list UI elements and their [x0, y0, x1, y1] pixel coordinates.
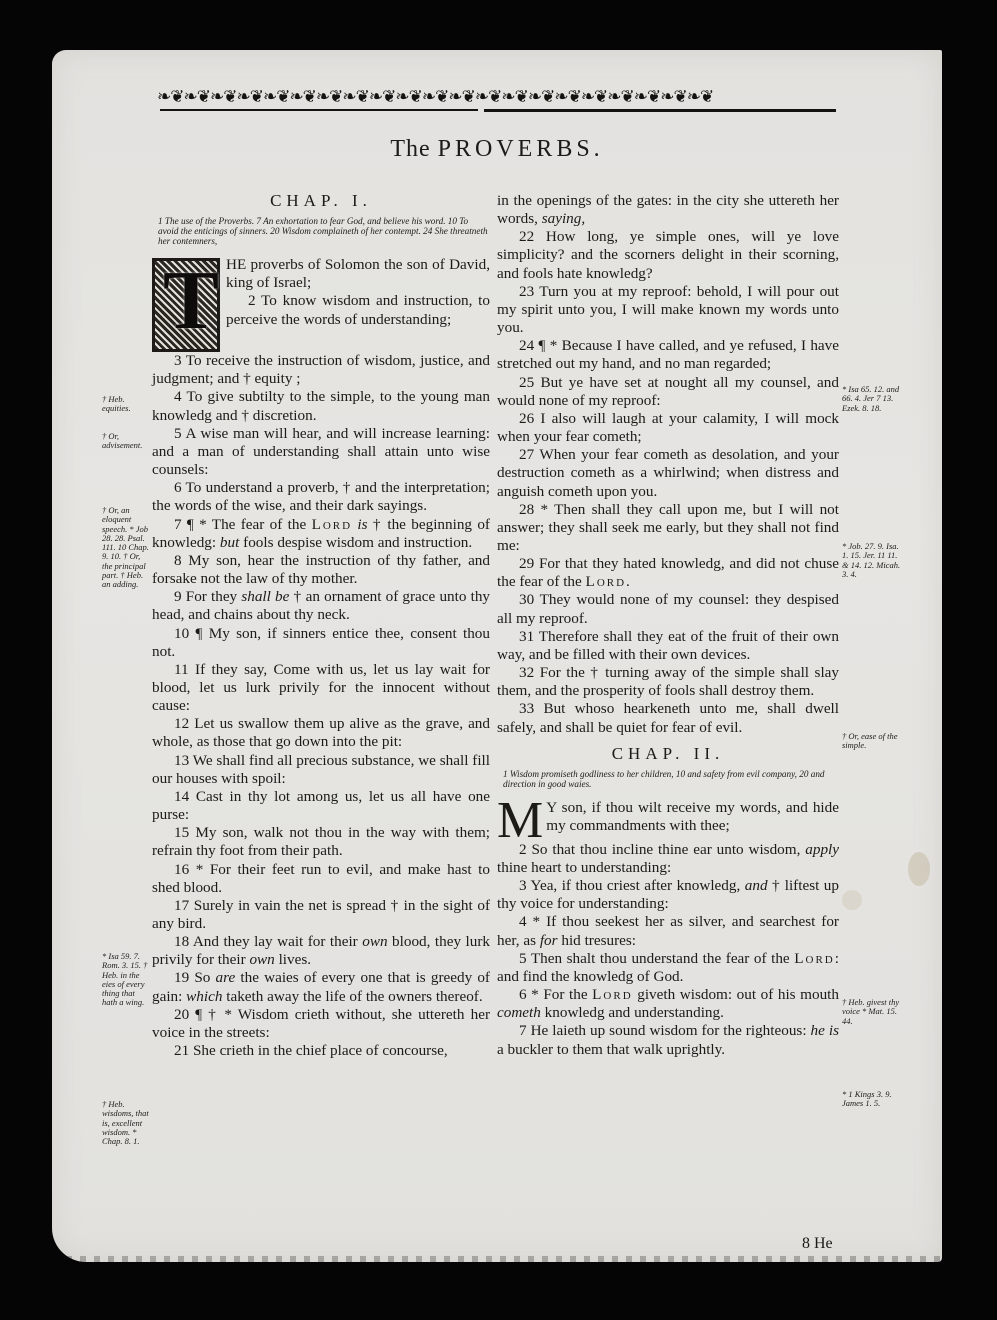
chapter-2-heading: CHAP. II.: [497, 745, 839, 763]
verse-italic: apply: [805, 841, 839, 858]
verse-text: 7 He laieth up sound wisdom for the righ…: [519, 1022, 811, 1039]
verse: 23 Turn you at my reproof: behold, I wil…: [497, 283, 839, 337]
verse: 26 I also will laugh at your calamity, I…: [497, 410, 839, 446]
verse: 5 Then shalt thou understand the fear of…: [497, 950, 839, 986]
verse-text: giveth wisdom: out of his mouth: [633, 986, 839, 1003]
verse: 12 Let us swallow them up alive as the g…: [152, 715, 490, 751]
verse-text: taketh away the life of the owners there…: [222, 988, 482, 1005]
verse-text: 6 * For the: [519, 986, 592, 1003]
verse: 19 So are the waies of every one that is…: [152, 969, 490, 1005]
verse: 8 My son, hear the instruction of thy fa…: [152, 552, 490, 588]
verse-text: lives.: [275, 951, 311, 968]
verse-text: fools despise wisdom and instruction.: [239, 534, 472, 551]
verse-text: 5 Then shalt thou understand the fear of…: [519, 950, 794, 967]
margin-note-left: † Or, advisement.: [102, 432, 150, 451]
verse: 24 ¶ * Because I have called, and ye ref…: [497, 337, 839, 373]
paper-stain: [842, 890, 862, 910]
verse: Y son, if thou wilt receive my words, an…: [497, 799, 839, 835]
verse-italic: cometh: [497, 1004, 541, 1021]
margin-note-right: † Or, ease of the simple.: [842, 732, 902, 751]
paper-stain: [908, 852, 930, 886]
verse-italic: are: [216, 969, 236, 986]
verse-italic: is: [352, 516, 367, 533]
margin-note-left: † Or, an eloquent speech. * Job 28. 28. …: [102, 506, 150, 590]
verse: 32 For the † turning away of the simple …: [497, 664, 839, 700]
verse: 4 * If thou seekest her as silver, and s…: [497, 913, 839, 949]
verse-lord: Lord: [794, 950, 835, 967]
margin-note-left: † Heb. wisdoms, that is, excellent wisdo…: [102, 1100, 150, 1146]
margin-note-right: † Heb. givest thy voice * Mat. 15. 44.: [842, 998, 902, 1026]
verse-text: 18 And they lay wait for their: [174, 933, 362, 950]
verse-text: a buckler to them that walk uprightly.: [497, 1041, 725, 1058]
margin-note-right: * 1 Kings 3. 9. James 1. 5.: [842, 1090, 902, 1109]
margin-note-left: * Isa 59. 7. Rom. 3. 15. † Heb. in the e…: [102, 952, 150, 1008]
verse: 33 But whoso hearkeneth unto me, shall d…: [497, 700, 839, 736]
verse: 30 They would none of my counsel: they d…: [497, 591, 839, 627]
chapter-1-heading: CHAP. I.: [152, 192, 490, 210]
verse: 31 Therefore shall they eat of the fruit…: [497, 628, 839, 664]
drop-cap-ornamented: T: [152, 258, 220, 352]
verse-text: 7 ¶ * The fear of the: [174, 516, 312, 533]
verse-italic: saying,: [542, 210, 585, 227]
verse: 6 * For the Lord giveth wisdom: out of h…: [497, 986, 839, 1022]
verse: 13 We shall find all precious substance,…: [152, 752, 490, 788]
verse-text: 29 For that they hated knowledg, and did…: [497, 555, 839, 590]
verse-italic: which: [186, 988, 222, 1005]
margin-note-right: * Isa 65. 12. and 66. 4. Jer 7 13. Ezek.…: [842, 385, 902, 413]
verse: 10 ¶ My son, if sinners entice thee, con…: [152, 625, 490, 661]
chapter-2-summary: 1 Wisdom promiseth godliness to her chil…: [503, 769, 839, 789]
verse-lord: Lord.: [586, 573, 632, 590]
verse: 6 To understand a proverb, † and the int…: [152, 479, 490, 515]
page-title: The PROVERBS.: [52, 136, 942, 163]
verse-text: knowledg and understanding.: [541, 1004, 724, 1021]
verse: 7 ¶ * The fear of the Lord is † the begi…: [152, 516, 490, 552]
verse: 4 To give subtilty to the simple, to the…: [152, 388, 490, 424]
verse-lord: Lord: [592, 986, 633, 1003]
verse: 20 ¶ † * Wisdom crieth without, she utte…: [152, 1006, 490, 1042]
verse: 27 When your fear cometh as desolation, …: [497, 446, 839, 500]
title-book: PROVERBS.: [438, 136, 604, 162]
verse-lord: Lord: [312, 516, 353, 533]
drop-cap-letter: T: [163, 257, 219, 345]
drop-cap-letter: M: [497, 801, 543, 841]
verse: 28 * Then shall they call upon me, but I…: [497, 501, 839, 555]
verse: 17 Surely in vain the net is spread † in…: [152, 897, 490, 933]
verse: 22 How long, ye simple ones, will ye lov…: [497, 228, 839, 282]
verse: 21 She crieth in the chief place of conc…: [152, 1042, 490, 1060]
verse: 18 And they lay wait for their own blood…: [152, 933, 490, 969]
verse-italic: shall be: [241, 588, 289, 605]
verse-italic: and: [745, 877, 768, 894]
margin-note-right: * Job. 27. 9. Isa. 1. 15. Jer. 11 11. & …: [842, 542, 902, 579]
verse: 9 For they shall be † an ornament of gra…: [152, 588, 490, 624]
verse-text: hid tresures:: [558, 932, 636, 949]
verse-italic: he is: [811, 1022, 839, 1039]
verse-text: 2 So that thou incline thine ear unto wi…: [519, 841, 805, 858]
verse: 5 A wise man will hear, and will increas…: [152, 425, 490, 479]
header-rule-right: [484, 109, 836, 112]
verse: 14 Cast in thy lot among us, let us all …: [152, 788, 490, 824]
verse: 29 For that they hated knowledg, and did…: [497, 555, 839, 591]
verse: 3 Yea, if thou criest after knowledg, an…: [497, 877, 839, 913]
verse-text: 19 So: [174, 969, 216, 986]
header-ornament-band: ❧❦❧❦❧❦❧❦❧❦❧❦❧❦❧❦❧❦❧❦❧❦❧❦❧❦❧❦❧❦❧❦❧❦❧❦❧❦❧❦…: [157, 87, 839, 107]
margin-note-left: † Heb. equities.: [102, 395, 150, 414]
header-rule-left: [160, 109, 478, 111]
verse-text: 3 Yea, if thou criest after knowledg,: [519, 877, 745, 894]
verse: 3 To receive the instruction of wisdom, …: [152, 352, 490, 388]
right-column: in the openings of the gates: in the cit…: [497, 192, 839, 1059]
verse-italic: for: [540, 932, 558, 949]
catchword: 8 He: [802, 1235, 833, 1253]
verse: 11 If they say, Come with us, let us lay…: [152, 661, 490, 715]
verse-text: 9 For they: [174, 588, 241, 605]
verse: 25 But ye have set at nought all my coun…: [497, 374, 839, 410]
verse: 16 * For their feet run to evil, and mak…: [152, 861, 490, 897]
verse: 2 So that thou incline thine ear unto wi…: [497, 841, 839, 877]
chapter-1-summary: 1 The use of the Proverbs. 7 An exhortat…: [158, 216, 490, 246]
verse: 7 He laieth up sound wisdom for the righ…: [497, 1022, 839, 1058]
verse-italic: own: [249, 951, 274, 968]
verse-continued: in the openings of the gates: in the cit…: [497, 192, 839, 228]
verse-italic: own: [362, 933, 387, 950]
title-the: The: [390, 136, 437, 162]
left-column: CHAP. I. 1 The use of the Proverbs. 7 An…: [152, 192, 490, 1060]
verse: 15 My son, walk not thou in the way with…: [152, 824, 490, 860]
book-page: ❧❦❧❦❧❦❧❦❧❦❧❦❧❦❧❦❧❦❧❦❧❦❧❦❧❦❧❦❧❦❧❦❧❦❧❦❧❦❧❦…: [52, 50, 942, 1262]
verse-italic: but: [220, 534, 239, 551]
verse-text: thine heart to understanding:: [497, 859, 671, 876]
